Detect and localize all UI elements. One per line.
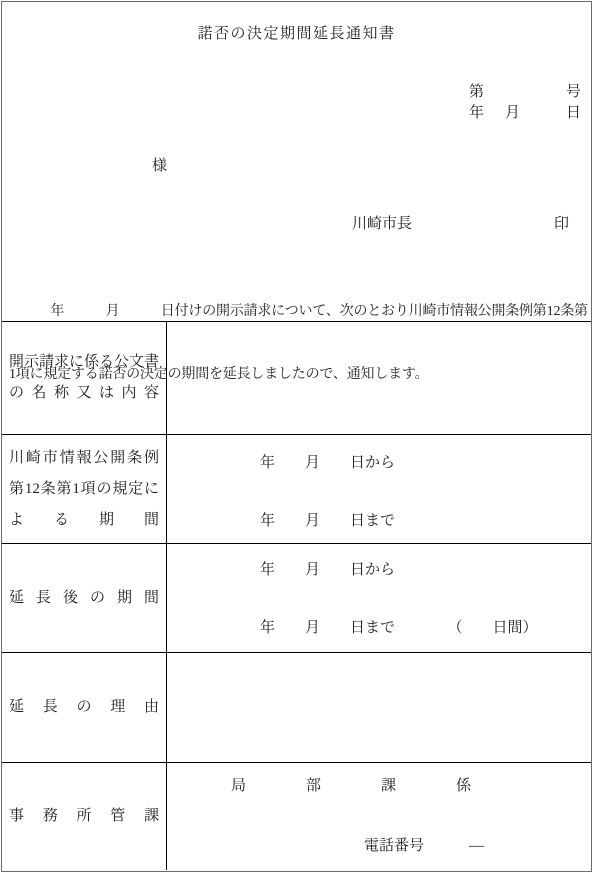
cell-document-name-blank [167,322,591,434]
period-to-line: 年 月 日まで （ 日間） [260,616,538,637]
date-day-label: 日 [566,101,581,122]
table-row-extension-reason: 延長の理由 [2,652,591,762]
cell-responsible-office: 局 部 課 係 電話番号 ― [167,763,591,870]
row-header-line: 延長後の期間 [9,583,159,614]
addressee-honorific: 様 [152,154,167,175]
cell-extension-reason-blank [167,653,591,762]
body-line: 年 月 日付けの開示請求について、次のとおり川崎市情報公開条例第12条第 [9,301,591,322]
row-header-line: の名称又は内容 [9,378,159,409]
form-table: 開示請求に係る公文書 の名称又は内容 川崎市情報公開条例 第12条第1項の規定に… [2,321,591,870]
table-row-extended-period: 延長後の期間 年 月 日から 年 月 日まで （ 日間） [2,543,591,652]
row-header-line: 開示請求に係る公文書 [9,347,159,378]
office-units-line: 局 部 課 係 [231,774,471,795]
period-from-line: 年 月 日から [260,451,395,472]
phone-number-line: 電話番号 ― [364,834,484,855]
row-header-line: 事務所管課 [9,801,159,832]
period-to-line: 年 月 日まで [260,509,395,530]
row-header-responsible-office: 事務所管課 [2,763,167,870]
row-header-line: よる期間 [9,505,159,536]
table-row-document-name: 開示請求に係る公文書 の名称又は内容 [2,322,591,434]
row-header-line: 川崎市情報公開条例 [9,443,159,474]
cell-extended-period: 年 月 日から 年 月 日まで （ 日間） [167,544,591,652]
row-header-extension-reason: 延長の理由 [2,653,167,762]
row-header-statutory-period: 川崎市情報公開条例 第12条第1項の規定に よる期間 [2,435,167,543]
doc-number-prefix: 第 [469,80,484,101]
page-title: 諾否の決定期間延長通知書 [2,22,591,43]
date-month-label: 月 [505,101,520,122]
period-from-line: 年 月 日から [260,558,395,579]
row-header-document-name: 開示請求に係る公文書 の名称又は内容 [2,322,167,434]
sender-title: 川崎市長 [352,212,412,233]
row-header-extended-period: 延長後の期間 [2,544,167,652]
row-header-line: 延長の理由 [9,692,159,723]
table-row-responsible-office: 事務所管課 局 部 課 係 電話番号 ― [2,762,591,870]
row-header-line: 第12条第1項の規定に [9,474,159,505]
date-year-label: 年 [469,101,484,122]
table-row-statutory-period: 川崎市情報公開条例 第12条第1項の規定に よる期間 年 月 日から 年 月 日… [2,434,591,543]
seal-label: 印 [554,212,569,233]
cell-statutory-period: 年 月 日から 年 月 日まで [167,435,591,543]
doc-number-suffix: 号 [566,80,581,101]
document-page: 諾否の決定期間延長通知書 第 号 年 月 日 様 川崎市長 印 年 月 日付けの… [1,1,592,872]
